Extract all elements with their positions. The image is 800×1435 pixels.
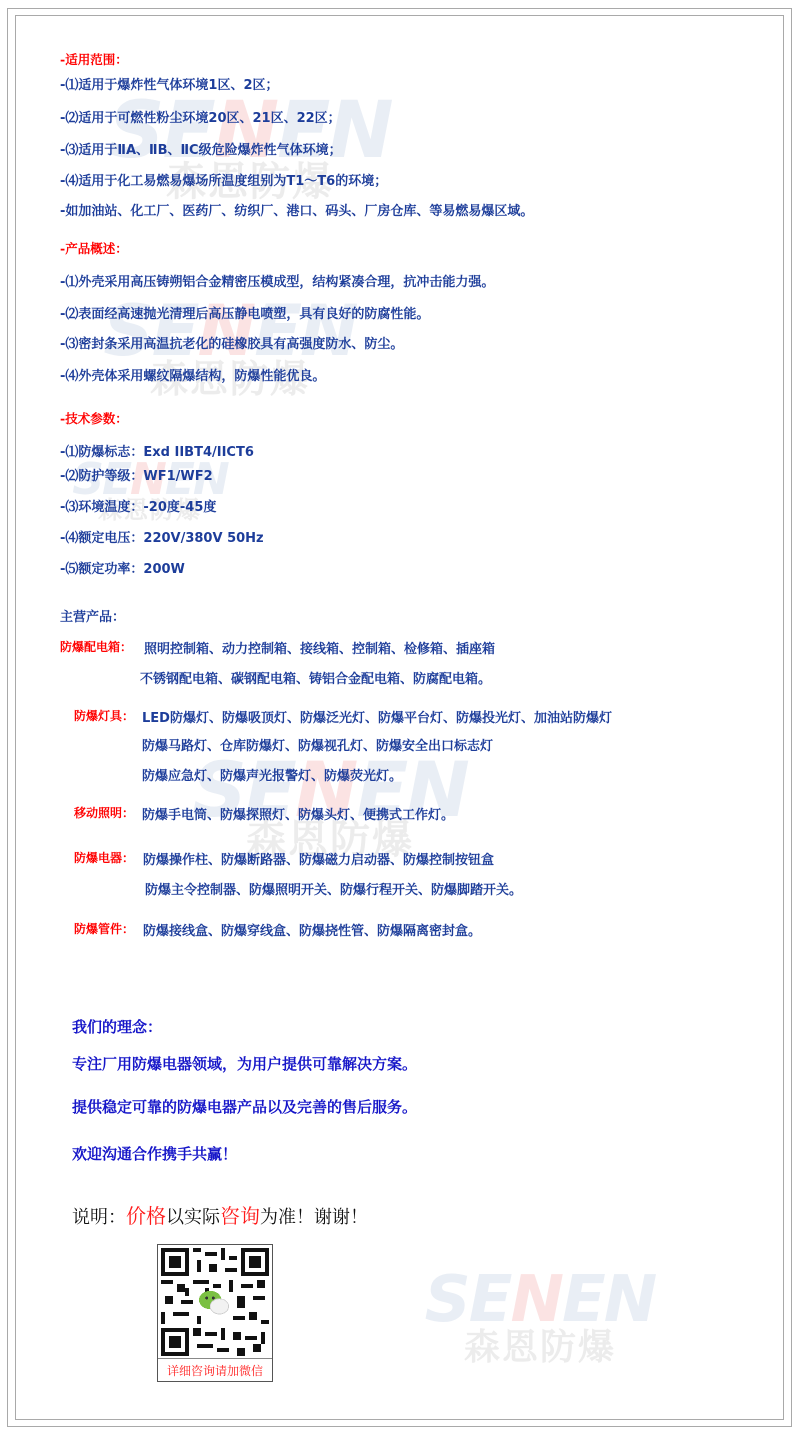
overview-item: -⑶密封条采用高温抗老化的硅橡胶具有高强度防水、防尘。 <box>60 333 403 352</box>
overview-heading: -产品概述： <box>60 239 128 257</box>
product-line: 防爆主令控制器、防爆照明开关、防爆行程开关、防爆脚踏开关。 <box>145 879 522 898</box>
spec-item: -⑶环境温度：-20度-45度 <box>60 496 216 515</box>
scope-item: -⑶适用于ⅡA、ⅡB、ⅡC级危险爆炸性气体环境； <box>60 139 342 158</box>
product-line: 照明控制箱、动力控制箱、接线箱、控制箱、检修箱、插座箱 <box>144 638 495 657</box>
product-group-label: 防爆配电箱： <box>60 638 132 655</box>
product-group-label: 移动照明： <box>74 804 134 821</box>
note-price: 价格 <box>126 1204 166 1228</box>
qr-code-image <box>161 1248 269 1356</box>
spec-item: -⑸额定功率：200W <box>60 558 185 577</box>
wechat-qr-card: 详细咨询请加微信 <box>157 1244 273 1382</box>
overview-item: -⑷外壳体采用螺纹隔爆结构，防爆性能优良。 <box>60 365 325 384</box>
note-prefix: 说明： <box>72 1207 126 1228</box>
product-line: 防爆接线盒、防爆穿线盒、防爆挠性管、防爆隔离密封盒。 <box>143 920 481 939</box>
price-note: 说明：价格以实际咨询为准！谢谢！ <box>72 1200 368 1229</box>
scope-item: -⑵适用于可燃性粉尘环境20区、21区、22区； <box>60 107 341 126</box>
philosophy-heading: 我们的理念： <box>72 1016 162 1037</box>
product-line: LED防爆灯、防爆吸顶灯、防爆泛光灯、防爆平台灯、防爆投光灯、加油站防爆灯 <box>142 707 612 726</box>
philosophy-line: 专注厂用防爆电器领域，为用户提供可靠解决方案。 <box>72 1053 417 1074</box>
spec-item: -⑷额定电压：220V/380V 50Hz <box>60 527 264 546</box>
product-group-label: 防爆管件： <box>74 920 134 937</box>
scope-item: -⑴适用于爆炸性气体环境1区、2区； <box>60 74 279 93</box>
specs-heading: -技术参数： <box>60 409 128 427</box>
note-suffix: 为准！谢谢！ <box>260 1207 368 1228</box>
product-line: 防爆应急灯、防爆声光报警灯、防爆荧光灯。 <box>142 765 402 784</box>
product-line: 不锈钢配电箱、碳钢配电箱、铸铝合金配电箱、防腐配电箱。 <box>140 668 491 687</box>
product-group-label: 防爆电器： <box>74 849 134 866</box>
spec-item: -⑴防爆标志：Exd IIBT4/IICT6 <box>60 441 254 460</box>
product-line: 防爆手电筒、防爆探照灯、防爆头灯、便携式工作灯。 <box>142 804 454 823</box>
overview-item: -⑴外壳采用高压铸朔铝合金精密压模成型，结构紧凑合理，抗冲击能力强。 <box>60 271 494 290</box>
spec-item: -⑵防护等级：WF1/WF2 <box>60 465 213 484</box>
product-group-label: 防爆灯具： <box>74 707 134 724</box>
product-line: 防爆操作柱、防爆断路器、防爆磁力启动器、防爆控制按钮盒 <box>143 849 494 868</box>
scope-item: -如加油站、化工厂、医药厂、纺织厂、港口、码头、厂房仓库、等易燃易爆区域。 <box>60 200 533 219</box>
note-mid: 以实际 <box>166 1207 220 1228</box>
scope-heading: -适用范围： <box>60 50 128 68</box>
products-heading: 主营产品： <box>60 606 125 625</box>
qr-caption: 详细咨询请加微信 <box>158 1358 272 1379</box>
philosophy-line: 欢迎沟通合作携手共赢！ <box>72 1143 237 1164</box>
philosophy-line: 提供稳定可靠的防爆电器产品以及完善的售后服务。 <box>72 1096 417 1117</box>
note-consult: 咨询 <box>220 1204 260 1228</box>
product-line: 防爆马路灯、仓库防爆灯、防爆视孔灯、防爆安全出口标志灯 <box>142 735 493 754</box>
scope-item: -⑷适用于化工易燃易爆场所温度组别为T1～T6的环境； <box>60 170 387 189</box>
overview-item: -⑵表面经高速抛光清理后高压静电喷塑，具有良好的防腐性能。 <box>60 303 429 322</box>
